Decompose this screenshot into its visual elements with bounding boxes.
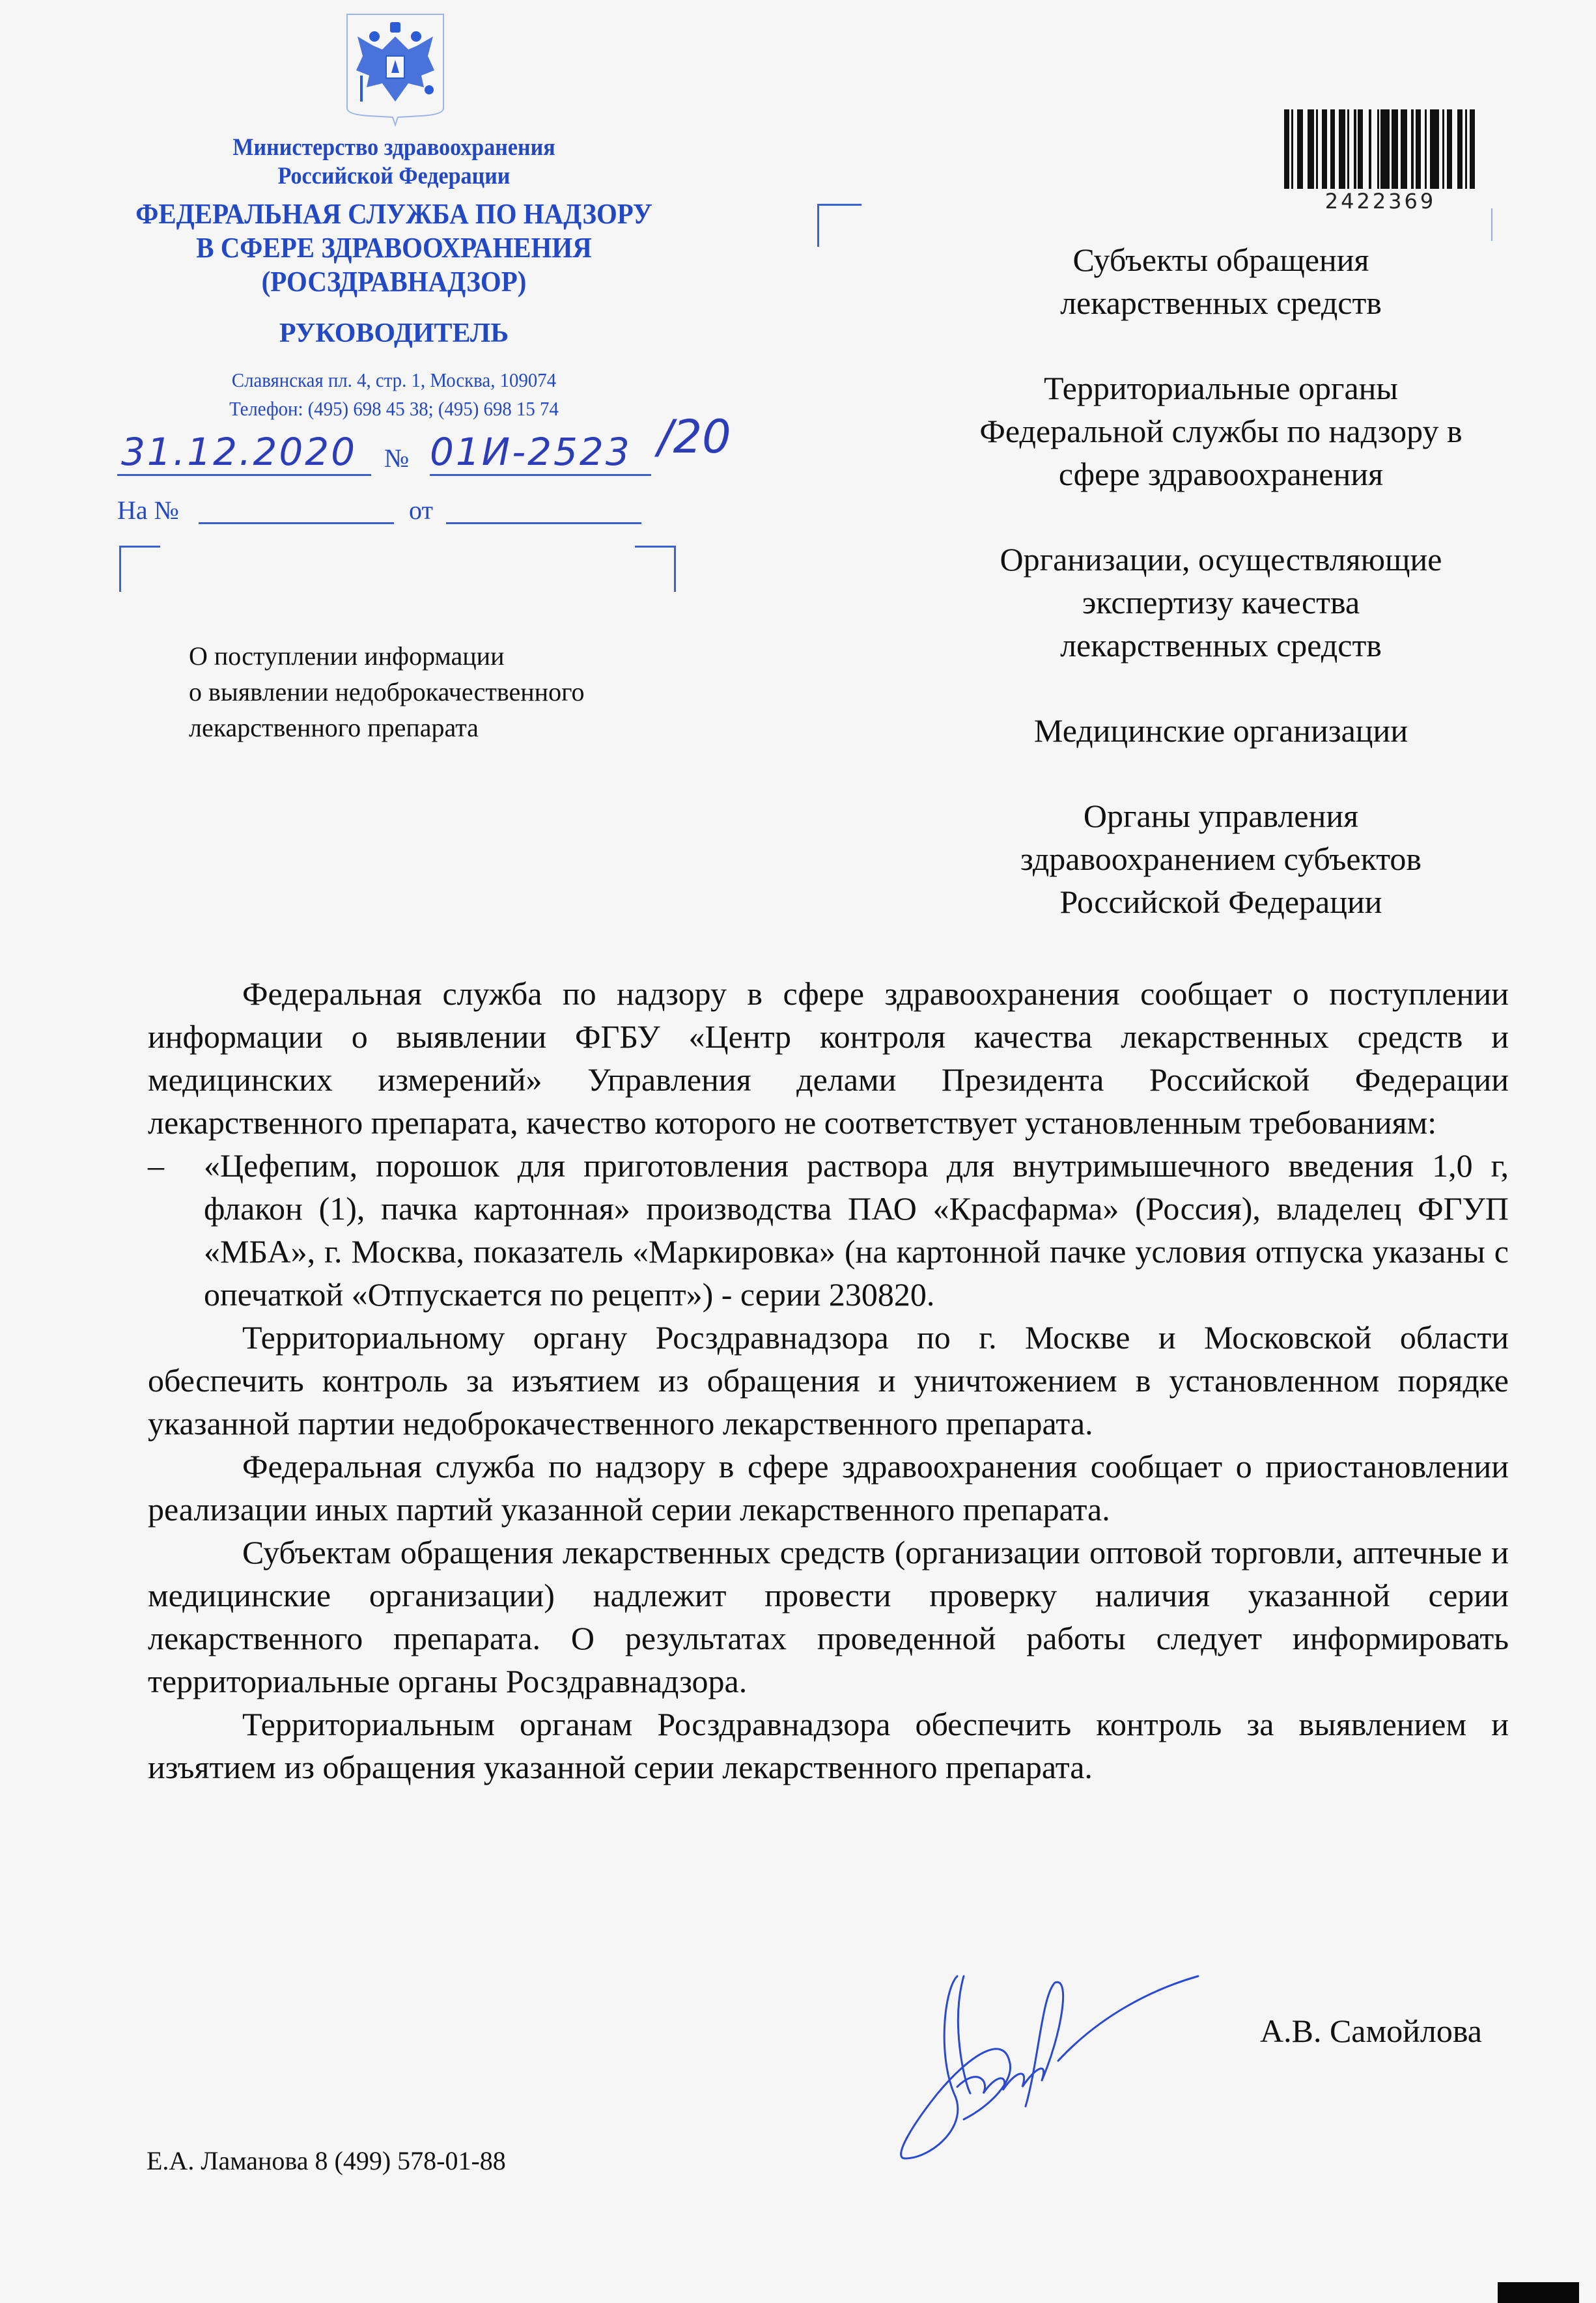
- addressee: Субъекты обращения лекарственных средств: [912, 238, 1530, 324]
- corner-mark-addressee: [817, 204, 861, 247]
- reference-line: На № от: [117, 495, 703, 534]
- bullet-item: – «Цефепим, порошок для приготовления ра…: [148, 1144, 1509, 1316]
- head-title: РУКОВОДИТЕЛЬ: [98, 317, 690, 350]
- addressee: Организации, осуществляющие экспертизу к…: [912, 538, 1530, 667]
- bullet-dash: –: [148, 1144, 204, 1316]
- body-paragraph: Субъектам обращения лекарственных средст…: [148, 1531, 1509, 1703]
- letterhead-contacts: Славянская пл. 4, стр. 1, Москва, 109074…: [137, 366, 652, 423]
- address: Славянская пл. 4, стр. 1, Москва, 109074: [137, 366, 652, 395]
- ministry-name: Министерство здравоохранения Российской …: [139, 133, 649, 191]
- registration-number: 01И-2523: [430, 430, 632, 474]
- reference-number-label: На №: [117, 495, 179, 525]
- service-name: ФЕДЕРАЛЬНАЯ СЛУЖБА ПО НАДЗОРУ В СФЕРЕ ЗД…: [119, 197, 669, 299]
- corner-mark-top-right: [635, 546, 676, 592]
- body-paragraph: Федеральная служба по надзору в сфере зд…: [148, 972, 1509, 1144]
- registration-date: 31.12.2020: [121, 430, 357, 474]
- registration-line: 31.12.2020 № 01И-2523 /20: [117, 430, 833, 482]
- russian-coat-of-arms-icon: [343, 10, 447, 128]
- number-label: №: [384, 443, 409, 473]
- handwritten-signature-icon: [892, 1963, 1257, 2171]
- number-underline: [430, 474, 651, 476]
- addressee: Медицинские организации: [912, 709, 1530, 752]
- reference-date-blank: [446, 522, 641, 524]
- phone: Телефон: (495) 698 45 38; (495) 698 15 7…: [137, 395, 652, 423]
- reference-from-label: от: [409, 495, 433, 525]
- letter-body: Федеральная служба по надзору в сфере зд…: [148, 972, 1509, 1789]
- registration-number-suffix: /20: [658, 410, 731, 464]
- addressee: Органы управления здравоохранением субъе…: [912, 794, 1530, 923]
- scan-edge-artifact: [1498, 2282, 1579, 2303]
- body-paragraph: Территориальному органу Росздравнадзора …: [148, 1316, 1509, 1445]
- signer-name: А.В. Самойлова: [1260, 2012, 1482, 2050]
- bullet-text: «Цефепим, порошок для приготовления раст…: [204, 1144, 1509, 1316]
- body-paragraph: Федеральная служба по надзору в сфере зд…: [148, 1445, 1509, 1531]
- reference-number-blank: [199, 522, 394, 524]
- corner-mark-top-left: [119, 546, 160, 592]
- addressee-list: Субъекты обращения лекарственных средств…: [912, 238, 1530, 966]
- addressee: Территориальные органы Федеральной служб…: [912, 367, 1530, 495]
- body-paragraph: Территориальным органам Росздравнадзора …: [148, 1703, 1509, 1789]
- barcode-number: 2422369: [1276, 189, 1485, 214]
- date-underline: [117, 474, 371, 476]
- margin-mark: [1491, 208, 1492, 241]
- letter-subject: О поступлении информации о выявлении нед…: [189, 638, 775, 746]
- barcode-icon: [1284, 109, 1477, 189]
- executor-contact: Е.А. Ламанова 8 (499) 578-01-88: [147, 2145, 506, 2176]
